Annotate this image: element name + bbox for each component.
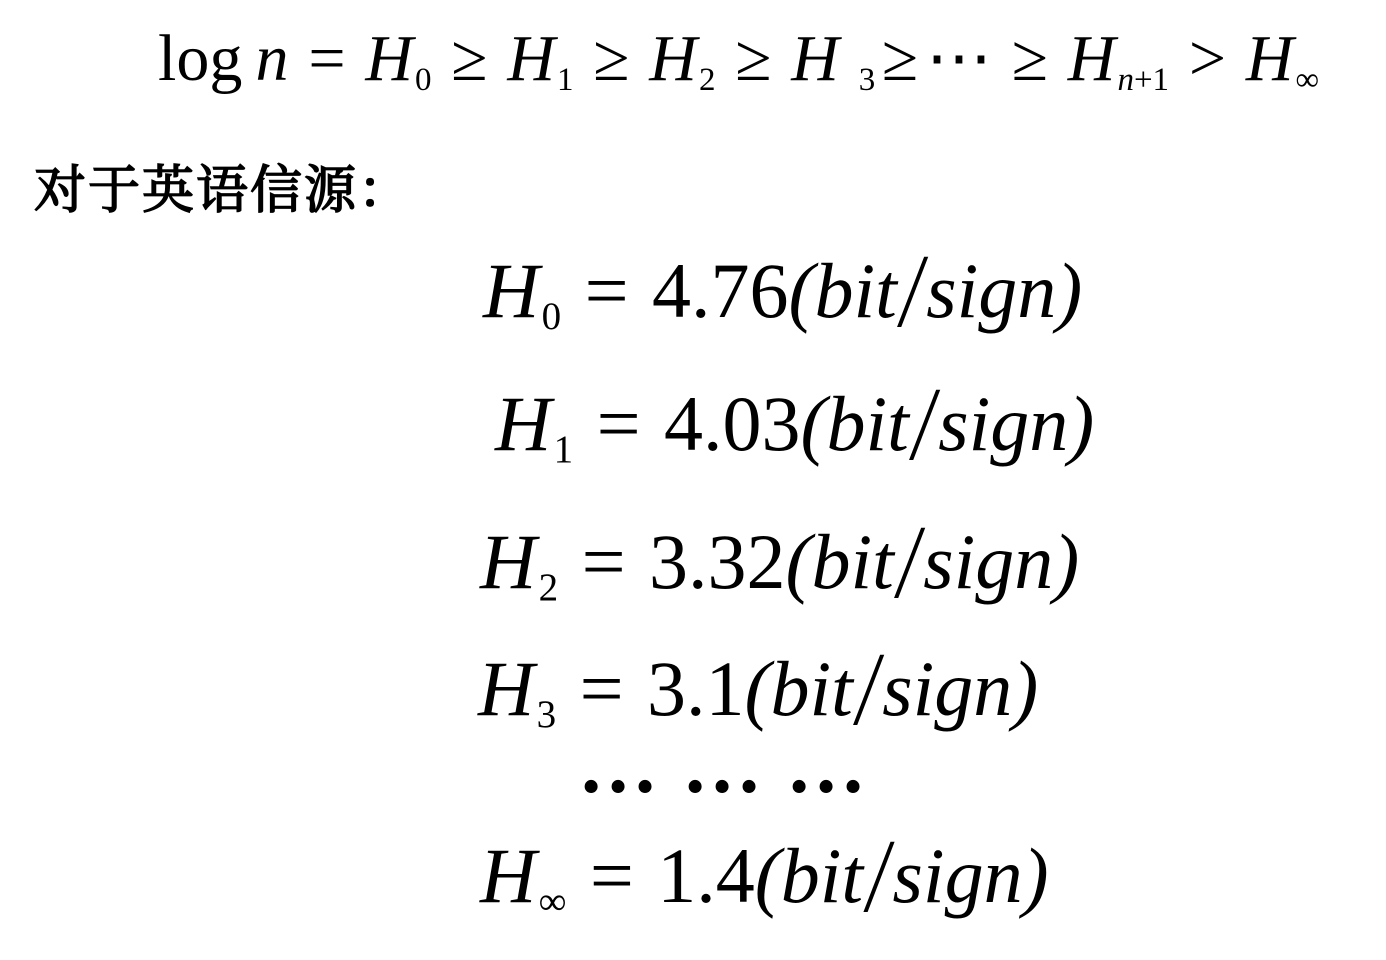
open-paren: ( bbox=[744, 645, 770, 732]
H-symbol: H bbox=[791, 22, 839, 95]
ellipsis-row: … … … bbox=[578, 726, 868, 806]
equals-sign: = bbox=[580, 645, 624, 732]
open-paren: ( bbox=[755, 832, 781, 919]
unit-sign: sign bbox=[893, 832, 1023, 919]
unit-sign: sign bbox=[882, 645, 1012, 732]
equation-hinf: H∞=1.4(bit/sign) bbox=[480, 837, 1049, 915]
log-function: log bbox=[158, 22, 242, 95]
unit-sign: sign bbox=[938, 380, 1068, 467]
open-paren: ( bbox=[785, 518, 811, 605]
geq-sign: ≥ bbox=[451, 22, 487, 95]
equals-sign: = bbox=[597, 380, 641, 467]
equals-sign: = bbox=[582, 518, 626, 605]
subscript: 2 bbox=[539, 566, 559, 609]
unit-bit: bit bbox=[770, 645, 852, 732]
variable-n: n bbox=[256, 22, 289, 95]
close-paren: ) bbox=[1012, 645, 1038, 732]
subscript-1: 1 bbox=[557, 62, 574, 98]
subscript-n-plus-1: n+1 bbox=[1117, 62, 1169, 98]
equation-h2: H2=3.32(bit/sign) bbox=[480, 523, 1079, 601]
entropy-value: 3.1 bbox=[647, 645, 745, 732]
entropy-chain-formula: logn=H0≥H1≥H2≥H3≥⋯≥Hn+1>H∞ bbox=[158, 26, 1319, 92]
cdots: ⋯ bbox=[926, 22, 992, 95]
close-paren: ) bbox=[1056, 247, 1082, 334]
equals-sign: = bbox=[590, 832, 634, 919]
H-symbol: H bbox=[365, 22, 413, 95]
subscript-2: 2 bbox=[699, 62, 716, 98]
subscript-0: 0 bbox=[415, 62, 432, 98]
slide-page: logn=H0≥H1≥H2≥H3≥⋯≥Hn+1>H∞ 对于英语信源： H0=4.… bbox=[0, 0, 1386, 960]
subscript-infinity: ∞ bbox=[1296, 62, 1320, 98]
entropy-value: 1.4 bbox=[657, 832, 755, 919]
geq-sign: ≥ bbox=[1012, 22, 1048, 95]
gt-sign: > bbox=[1189, 22, 1226, 95]
H-symbol: H bbox=[480, 518, 536, 605]
geq-sign: ≥ bbox=[882, 22, 918, 95]
equals-sign: = bbox=[308, 22, 345, 95]
equation-h0: H0=4.76(bit/sign) bbox=[483, 252, 1082, 330]
entropy-value: 3.32 bbox=[649, 518, 786, 605]
H-symbol: H bbox=[507, 22, 555, 95]
H-symbol: H bbox=[1246, 22, 1294, 95]
open-paren: ( bbox=[800, 380, 826, 467]
H-symbol: H bbox=[649, 22, 697, 95]
chinese-intro-label: 对于英语信源： bbox=[34, 166, 412, 218]
subscript: 1 bbox=[554, 428, 574, 471]
entropy-value: 4.76 bbox=[652, 247, 789, 334]
unit-sign: sign bbox=[923, 518, 1053, 605]
close-paren: ) bbox=[1023, 832, 1049, 919]
subscript: ∞ bbox=[539, 880, 567, 923]
unit-bit: bit bbox=[826, 380, 908, 467]
unit-slash: / bbox=[901, 238, 923, 343]
subscript-n: n bbox=[1117, 62, 1134, 98]
subscript: 0 bbox=[542, 295, 562, 338]
close-paren: ) bbox=[1068, 380, 1094, 467]
open-paren: ( bbox=[788, 247, 814, 334]
equation-h3: H3=3.1(bit/sign) bbox=[478, 650, 1038, 728]
unit-bit: bit bbox=[811, 518, 893, 605]
unit-slash: / bbox=[867, 823, 889, 928]
H-symbol: H bbox=[478, 645, 534, 732]
H-symbol: H bbox=[483, 247, 539, 334]
unit-bit: bit bbox=[814, 247, 896, 334]
H-symbol: H bbox=[1068, 22, 1116, 95]
subscript-3: 3 bbox=[859, 62, 876, 98]
entropy-value: 4.03 bbox=[664, 380, 801, 467]
unit-slash: / bbox=[913, 371, 935, 476]
H-symbol: H bbox=[495, 380, 551, 467]
H-symbol: H bbox=[480, 832, 536, 919]
equation-h1: H1=4.03(bit/sign) bbox=[495, 385, 1094, 463]
geq-sign: ≥ bbox=[593, 22, 629, 95]
equals-sign: = bbox=[585, 247, 629, 334]
subscript-plus-1: +1 bbox=[1134, 62, 1169, 98]
unit-slash: / bbox=[898, 509, 920, 614]
unit-sign: sign bbox=[926, 247, 1056, 334]
subscript: 3 bbox=[537, 693, 557, 736]
close-paren: ) bbox=[1053, 518, 1079, 605]
unit-bit: bit bbox=[781, 832, 863, 919]
geq-sign: ≥ bbox=[735, 22, 771, 95]
